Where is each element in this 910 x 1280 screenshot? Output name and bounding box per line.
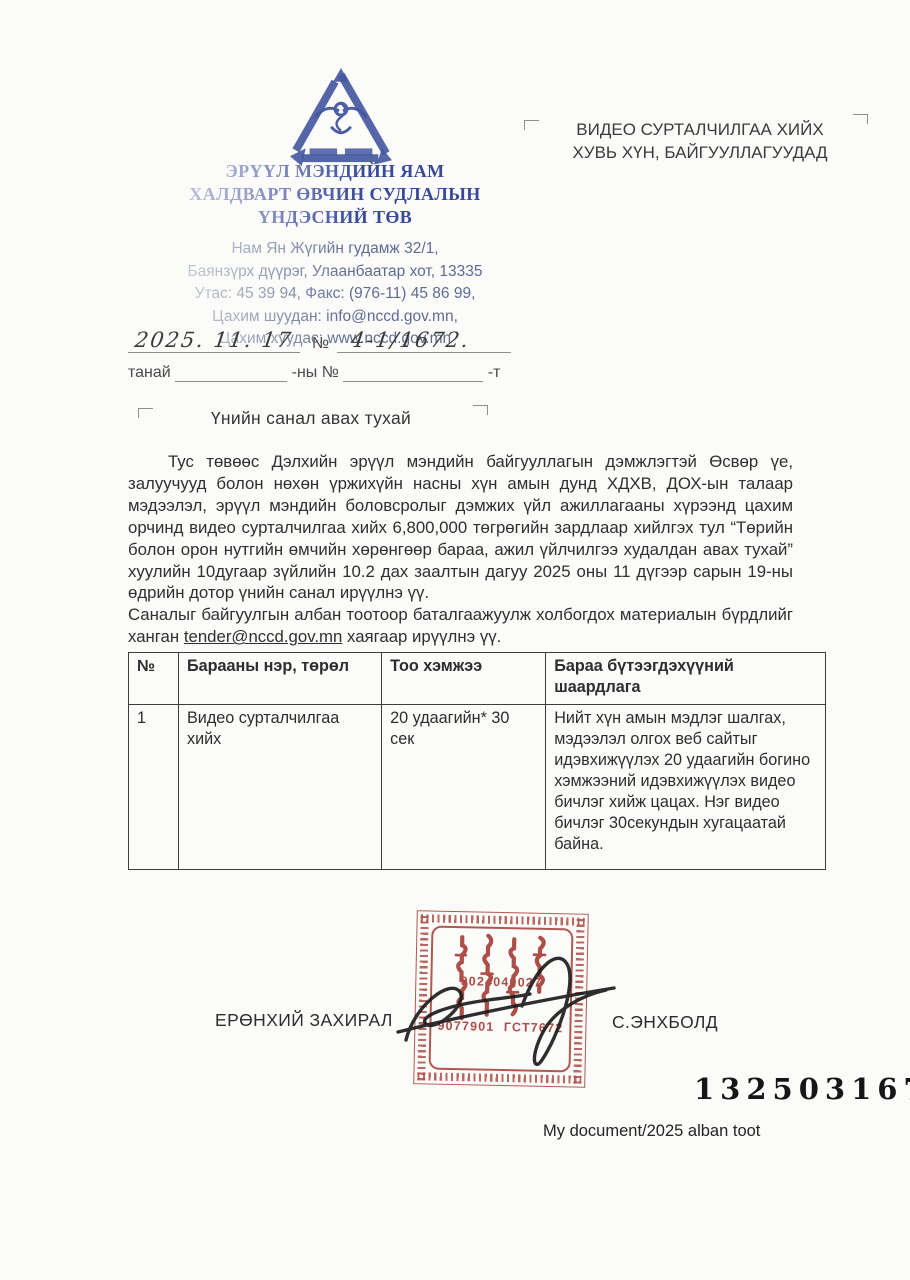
corner-mark-icon: [524, 120, 539, 130]
letterhead: ЭРҮҮЛ МЭНДИЙН ЯАМ ХАЛДВАРТ ӨВЧИН СУДЛАЛЫ…: [105, 160, 565, 351]
document-title-block: Үнийн санал авах тухай: [140, 408, 482, 429]
reference-line: танай -ны № -т: [128, 363, 608, 382]
ref-number-blank: [343, 363, 483, 382]
org-name-line: ҮНДЭСНИЙ ТӨВ: [105, 206, 565, 229]
handwritten-date: 2025. 11. 17: [134, 328, 295, 352]
org-emblem-icon: [272, 66, 410, 170]
footer-note: My document/2025 alban toot: [543, 1122, 760, 1141]
table-header-row: № Барааны нэр, төрөл Тоо хэмжээ Бараа бү…: [129, 653, 826, 705]
tender-email-text: tender@nccd.gov.mn: [184, 627, 343, 646]
paragraph-2-text: хаягаар ирүүлнэ үү.: [342, 627, 501, 646]
signature-ink-icon: [392, 946, 620, 1098]
doc-number-field: 4-1/1672.: [337, 328, 511, 353]
cell-no: 1: [129, 705, 179, 870]
handwritten-doc-number: 4-1/1672.: [349, 328, 471, 352]
org-name-line: ХАЛДВАРТ ӨВЧИН СУДЛАЛЫН: [105, 183, 565, 206]
stamp-border-pattern: [421, 914, 585, 925]
header-item-name: Барааны нэр, төрөл: [178, 653, 381, 705]
signer-role-label: ЕРӨНХИЙ ЗАХИРАЛ: [215, 1010, 393, 1031]
signer-name-label: С.ЭНХБОЛД: [612, 1012, 718, 1033]
ref-prefix-label: танай: [128, 364, 171, 381]
body-paragraph-2: Саналыг байгуулгын албан тоотоор баталга…: [128, 604, 793, 648]
table-row: 1 Видео сурталчилгаа хийх 20 удаагийн* 3…: [129, 705, 826, 870]
address-line: Нам Ян Жүгийн гудамж 32/1,: [105, 238, 565, 261]
recipient-line: ВИДЕО СУРТАЛЧИЛГАА ХИЙХ: [540, 118, 860, 141]
body-paragraph-1: Тус төвөөс Дэлхийн эрүүл мэндийн байгуул…: [128, 451, 793, 604]
date-number-line: 2025. 11. 17№4-1/1672.: [128, 328, 608, 364]
scanned-letter-page: ЭРҮҮЛ МЭНДИЙН ЯАМ ХАЛДВАРТ ӨВЧИН СУДЛАЛЫ…: [0, 0, 910, 1280]
page-title: Үнийн санал авах тухай: [211, 408, 411, 428]
cell-quantity: 20 удаагийн* 30 сек: [382, 705, 546, 870]
header-no: №: [129, 653, 179, 705]
letter-body: Тус төвөөс Дэлхийн эрүүл мэндийн байгуул…: [128, 451, 793, 648]
date-field: 2025. 11. 17: [128, 328, 300, 353]
address-line: Утас: 45 39 94, Факс: (976-11) 45 86 99,: [105, 283, 565, 306]
ref-org-blank: [175, 363, 287, 382]
address-line: Баянзүрх дүүрэг, Улаанбаатар хот, 13335: [105, 261, 565, 284]
header-requirements: Бараа бүтээгдэхүүний шаардлага: [546, 653, 826, 705]
procurement-table: № Барааны нэр, төрөл Тоо хэмжээ Бараа бү…: [128, 652, 826, 870]
address-line-email: Цахим шуудан: info@nccd.gov.mn,: [105, 306, 565, 329]
number-sign: №: [312, 335, 329, 353]
corner-mark-icon: [473, 405, 488, 415]
header-quantity: Тоо хэмжээ: [382, 653, 546, 705]
cell-item-name: Видео сурталчилгаа хийх: [178, 705, 381, 870]
corner-mark-icon: [138, 408, 153, 418]
recipient-block: ВИДЕО СУРТАЛЧИЛГАА ХИЙХ ХУВЬ ХҮН, БАЙГУУ…: [540, 118, 860, 164]
cell-requirements: Нийт хүн амын мэдлэг шалгах, мэдээлэл ол…: [546, 705, 826, 870]
recipient-line: ХУВЬ ХҮН, БАЙГУУЛЛАГУУДАД: [540, 141, 860, 164]
registration-stamp-code: 1325031672: [694, 1072, 910, 1106]
ref-mid-label: -ны №: [292, 364, 339, 381]
ref-suffix-label: -т: [488, 364, 501, 381]
corner-mark-icon: [853, 114, 868, 124]
org-name-line: ЭРҮҮЛ МЭНДИЙН ЯАМ: [105, 160, 565, 183]
